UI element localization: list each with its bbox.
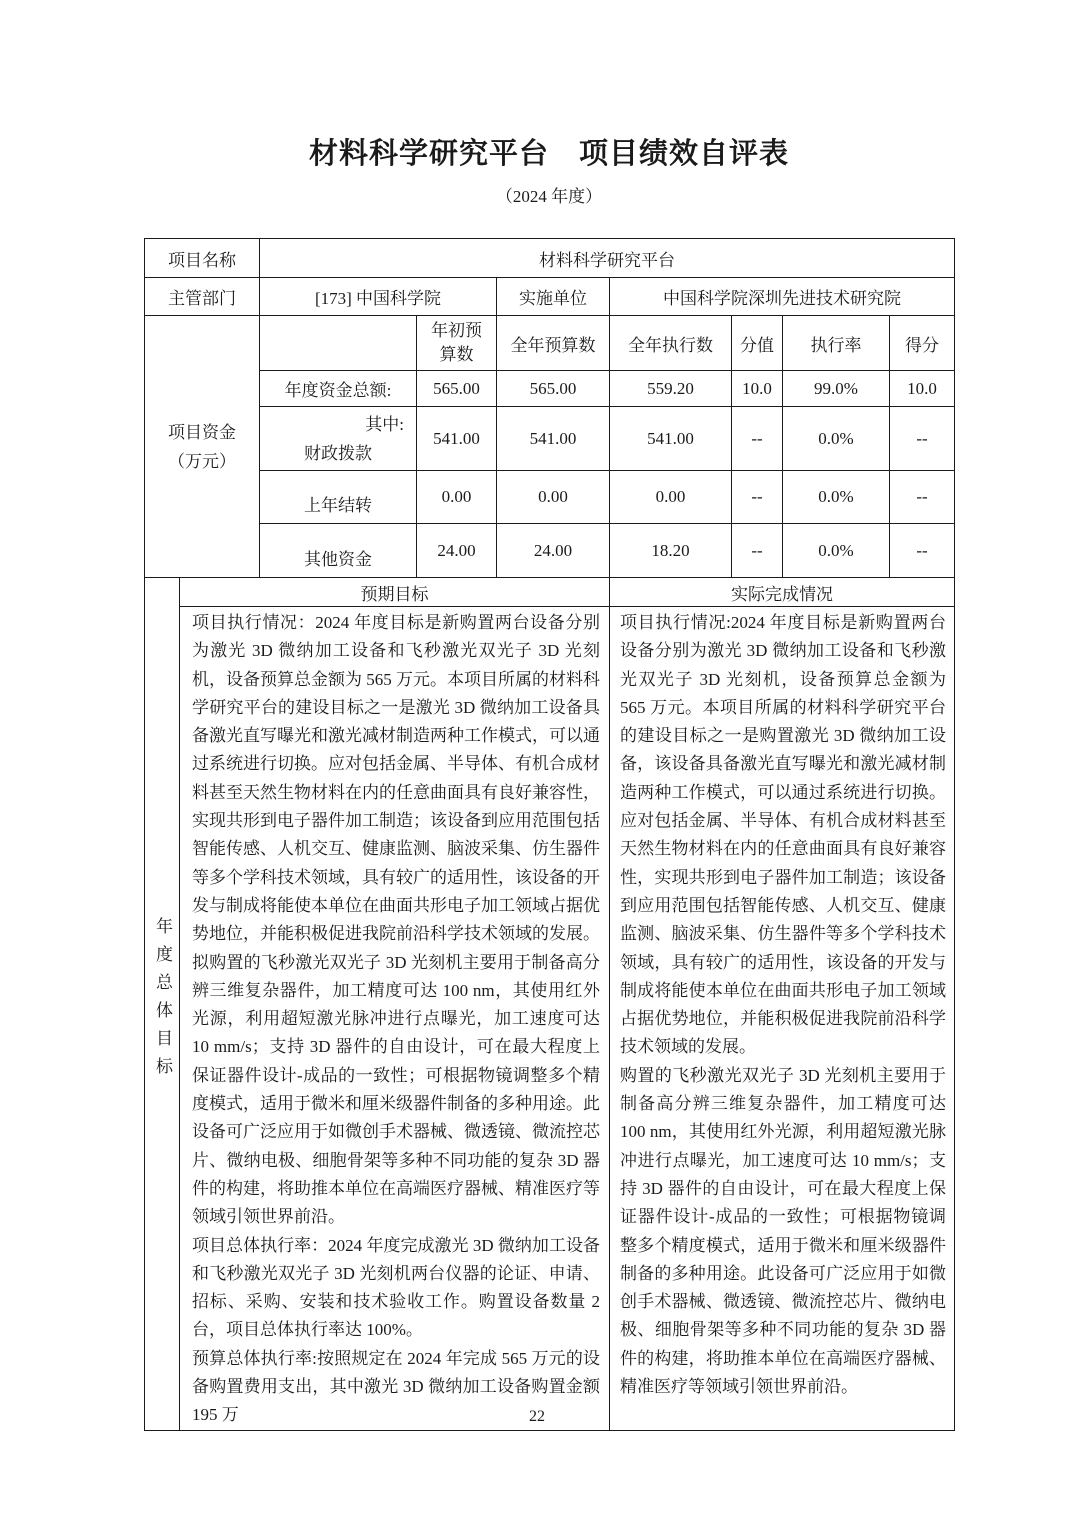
actual-completion-header: 实际完成情况 [610,578,955,607]
page-number: 22 [0,1408,1074,1426]
project-name-label: 项目名称 [145,239,260,278]
funds-value: 541.00 [417,407,497,471]
funds-value: 18.20 [610,524,732,578]
funds-value: 0.0% [783,524,890,578]
funds-value: 0.00 [497,471,610,524]
funds-value: 24.00 [417,524,497,578]
expected-goal-text: 项目执行情况：2024 年度目标是新购置两台设备分别为激光 3D 微纳加工设备和… [180,607,610,1431]
expected-goal-paragraph: 项目执行情况：2024 年度目标是新购置两台设备分别为激光 3D 微纳加工设备和… [192,609,600,1232]
annual-goal-sidebar-label: 年度总体目标 [145,917,180,1085]
funds-section-label-line2: （万元） [145,447,259,476]
annual-goal-sidebar: 年度总体目标 [145,578,180,1431]
funds-header-score-weight: 分值 [732,316,783,371]
funds-header-annual-execution: 全年执行数 [610,316,732,371]
annual-goal-table: 年度总体目标 预期目标 实际完成情况 项目执行情况：2024 年度目标是新购置两… [144,577,955,1431]
funds-value: 565.00 [417,371,497,407]
funds-row-total-label: 年度资金总额: [260,371,417,407]
funds-value: 99.0% [783,371,890,407]
project-info-and-funds-table: 项目名称 材料科学研究平台 主管部门 [173] 中国科学院 实施单位 中国科学… [144,238,955,578]
actual-completion-paragraph: 项目执行情况:2024 年度目标是新购置两台设备分别为激光 3D 微纳加工设备和… [620,609,946,1062]
funds-row-fiscal-label: 其中: 财政拨款 [260,407,417,471]
funds-value: 0.0% [783,407,890,471]
actual-completion-text: 项目执行情况:2024 年度目标是新购置两台设备分别为激光 3D 微纳加工设备和… [610,607,955,1431]
funds-row-carryover-label: 上年结转 [260,471,417,524]
implementer-value: 中国科学院深圳先进技术研究院 [610,278,955,316]
funds-row-fiscal-label-line2: 财政拨款 [260,439,416,468]
page-title: 材料科学研究平台 项目绩效自评表 [144,0,954,174]
funds-value: 0.0% [783,471,890,524]
funds-value: -- [732,407,783,471]
implementer-label: 实施单位 [497,278,610,316]
funds-value: 559.20 [610,371,732,407]
funds-value: 541.00 [497,407,610,471]
funds-section-label-line1: 项目资金 [145,418,259,447]
funds-value: -- [890,407,955,471]
funds-value: 0.00 [610,471,732,524]
funds-header-annual-budget: 全年预算数 [497,316,610,371]
funds-value: 24.00 [497,524,610,578]
funds-value: 10.0 [890,371,955,407]
expected-goal-header: 预期目标 [180,578,610,607]
funds-value: -- [890,524,955,578]
actual-completion-paragraph: 购置的飞秒激光双光子 3D 光刻机主要用于制备高分辨三维复杂器件，加工精度可达 … [620,1062,946,1402]
funds-value: -- [732,471,783,524]
funds-empty-cell [260,316,417,371]
supervisor-value: [173] 中国科学院 [260,278,497,316]
supervisor-label: 主管部门 [145,278,260,316]
expected-goal-paragraph: 项目总体执行率：2024 年度完成激光 3D 微纳加工设备和飞秒激光双光子 3D… [192,1232,600,1345]
funds-value: 541.00 [610,407,732,471]
funds-value: 0.00 [417,471,497,524]
document-page: 材料科学研究平台 项目绩效自评表 （2024 年度） 项目名称 材料科学研究平台… [0,0,1074,1520]
funds-header-execution-rate: 执行率 [783,316,890,371]
page-subtitle: （2024 年度） [144,184,954,210]
funds-header-initial-budget: 年初预算数 [417,316,497,371]
funds-value: -- [890,471,955,524]
funds-section-label: 项目资金 （万元） [145,316,260,578]
funds-value: 10.0 [732,371,783,407]
funds-value: -- [732,524,783,578]
funds-value: 565.00 [497,371,610,407]
project-name-value: 材料科学研究平台 [260,239,955,278]
funds-row-fiscal-label-line1: 其中: [260,410,416,439]
funds-header-score: 得分 [890,316,955,371]
funds-row-other-label: 其他资金 [260,524,417,578]
